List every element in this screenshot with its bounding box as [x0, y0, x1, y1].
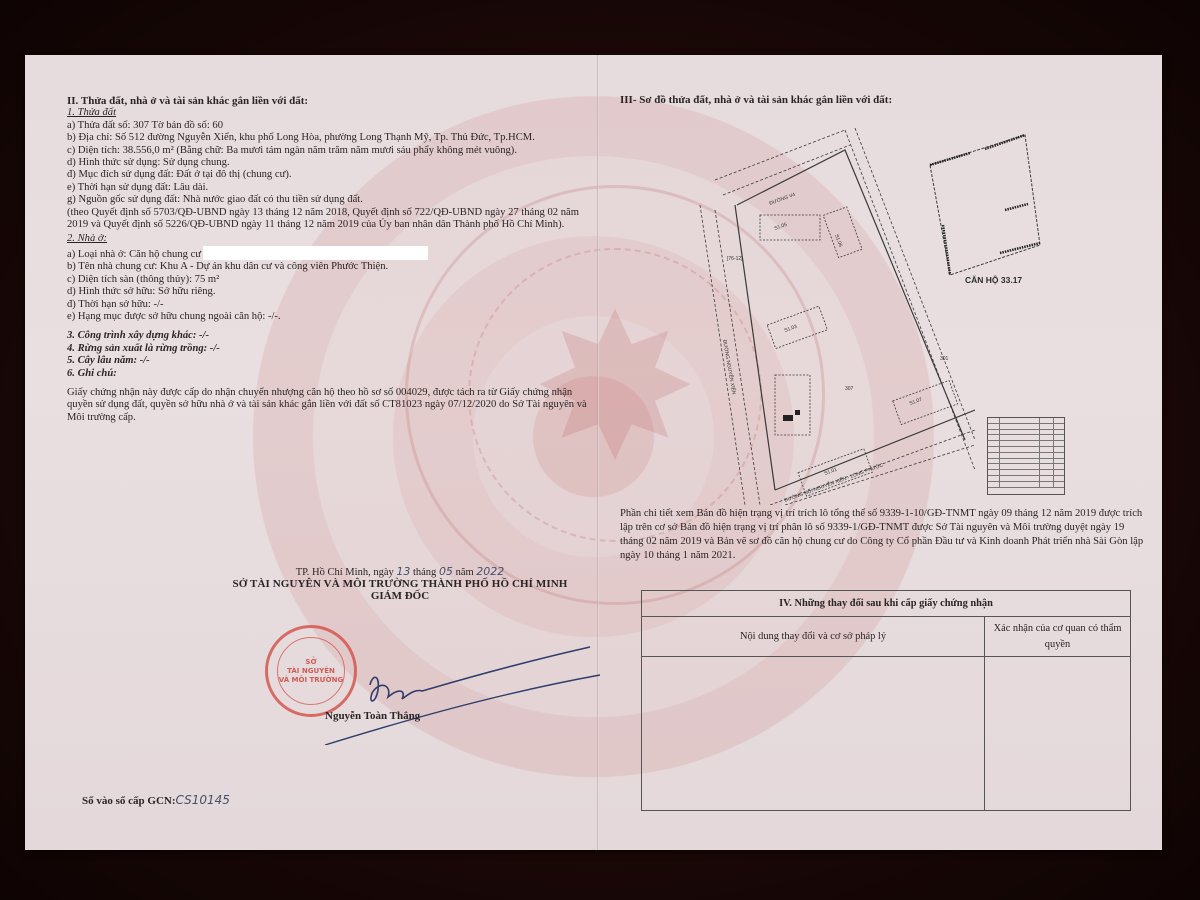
change-content-cell [642, 657, 985, 810]
house-type-label: a) Loại nhà ở: Căn hộ chung cư [67, 249, 201, 260]
registry-number: Số vào sổ cấp GCN:CS10145 [82, 793, 230, 807]
date-month: 05 [439, 565, 453, 578]
col-change-content: Nội dung thay đổi và cơ sở pháp lý [642, 617, 985, 656]
signing-block: TP. Hồ Chí Minh, ngày 13 tháng 05 năm 20… [195, 565, 605, 602]
house-heading: 2. Nhà ở: [67, 233, 587, 245]
svg-text:S1.07: S1.07 [909, 397, 924, 407]
svg-text:S1.03: S1.03 [784, 324, 799, 334]
svg-text:307: 307 [845, 386, 854, 392]
svg-text:S1.05: S1.05 [774, 222, 789, 232]
changes-table-title: IV. Những thay đổi sau khi cấp giấy chứn… [642, 591, 1130, 617]
col-authority-confirmation: Xác nhận của cơ quan có thẩm quyền [985, 617, 1130, 656]
land-line: đ) Mục đích sử dụng đất: Đất ở tại đô th… [67, 169, 587, 181]
signer-name: Nguyễn Toàn Thắng [325, 710, 420, 722]
section-title-ii: II. Thửa đất, nhà ở và tài sản khác gắn … [67, 95, 587, 107]
year-label: năm [456, 567, 474, 578]
signer-position: GIÁM ĐỐC [195, 590, 605, 602]
house-line: d) Hình thức sở hữu: Sở hữu riêng. [67, 286, 587, 298]
land-lines: a) Thửa đất số: 307 Tờ bản đồ số: 60 b) … [67, 120, 587, 232]
left-page: II. Thửa đất, nhà ở và tài sản khác gắn … [67, 95, 587, 424]
month-label: tháng [413, 567, 436, 578]
house-line: b) Tên nhà chung cư: Khu A - Dự án khu d… [67, 261, 587, 273]
changes-table-body [642, 657, 1130, 810]
redaction-mask [203, 246, 428, 260]
house-lines: b) Tên nhà chung cư: Khu A - Dự án khu d… [67, 261, 587, 323]
svg-text:[76-12]: [76-12] [727, 256, 743, 262]
land-line: c) Diện tích: 38.556,0 m² (Bằng chữ: Ba … [67, 145, 587, 157]
svg-text:ĐƯỜNG NGUYỄN XIỂN: ĐƯỜNG NGUYỄN XIỂN [721, 339, 738, 395]
certificate-page: II. Thửa đất, nhà ở và tài sản khác gắn … [25, 55, 1162, 850]
svg-text:301: 301 [940, 356, 949, 362]
land-heading: 1. Thửa đất [67, 107, 587, 119]
date-day: 13 [396, 565, 410, 578]
changes-table-header: Nội dung thay đổi và cơ sở pháp lý Xác n… [642, 617, 1130, 657]
date-year: 2022 [476, 565, 504, 578]
apartment-label: CĂN HỘ 33.17 [965, 275, 1022, 285]
section-title-iii: III- Sơ đồ thửa đất, nhà ở và tài sản kh… [620, 94, 892, 106]
coordinate-table [987, 417, 1065, 495]
house-line: đ) Thời hạn sở hữu: -/- [67, 299, 587, 311]
land-line: d) Hình thức sử dụng: Sử dụng chung. [67, 157, 587, 169]
other-items: 3. Công trình xây dựng khác: -/- 4. Rừng… [67, 330, 587, 380]
authority-confirmation-cell [985, 657, 1130, 810]
other-item: 6. Ghi chú: [67, 368, 587, 380]
land-line: g) Nguồn gốc sử dụng đất: Nhà nước giao … [67, 194, 587, 206]
note-text: Giấy chứng nhận này được cấp do nhận chu… [67, 387, 587, 424]
other-item: 5. Cây lâu năm: -/- [67, 355, 587, 367]
changes-table: IV. Những thay đổi sau khi cấp giấy chứn… [641, 590, 1131, 811]
other-item: 3. Công trình xây dựng khác: -/- [67, 330, 587, 342]
apartment-floor-plan [910, 125, 1060, 300]
registry-value: CS10145 [176, 793, 230, 807]
date-prefix: TP. Hồ Chí Minh, ngày [296, 567, 394, 578]
house-type-line: a) Loại nhà ở: Căn hộ chung cư [67, 246, 587, 261]
signing-date: TP. Hồ Chí Minh, ngày 13 tháng 05 năm 20… [195, 565, 605, 578]
issuing-organization: SỞ TÀI NGUYÊN VÀ MÔI TRƯỜNG THÀNH PHỐ HỒ… [195, 578, 605, 590]
svg-text:S1.06: S1.06 [833, 234, 843, 249]
land-line: (theo Quyết định số 5703/QĐ-UBND ngày 13… [67, 207, 587, 232]
other-item: 4. Rừng sản xuất là rừng trồng: -/- [67, 343, 587, 355]
land-line: e) Thời hạn sử dụng đất: Lâu dài. [67, 182, 587, 194]
house-line: e) Hạng mục được sở hữu chung ngoài căn … [67, 311, 587, 323]
svg-text:S1.01: S1.01 [824, 467, 839, 477]
registry-label: Số vào sổ cấp GCN: [82, 795, 176, 807]
house-line: c) Diện tích sàn (thông thủy): 75 m² [67, 274, 587, 286]
map-description: Phần chi tiết xem Bản đồ hiện trạng vị t… [620, 507, 1145, 563]
land-line: b) Địa chỉ: Số 512 đường Nguyễn Xiển, kh… [67, 132, 587, 144]
svg-text:ĐƯỜNG V4: ĐƯỜNG V4 [768, 191, 796, 207]
land-line: a) Thửa đất số: 307 Tờ bản đồ số: 60 [67, 120, 587, 132]
signature-mark [310, 645, 610, 745]
